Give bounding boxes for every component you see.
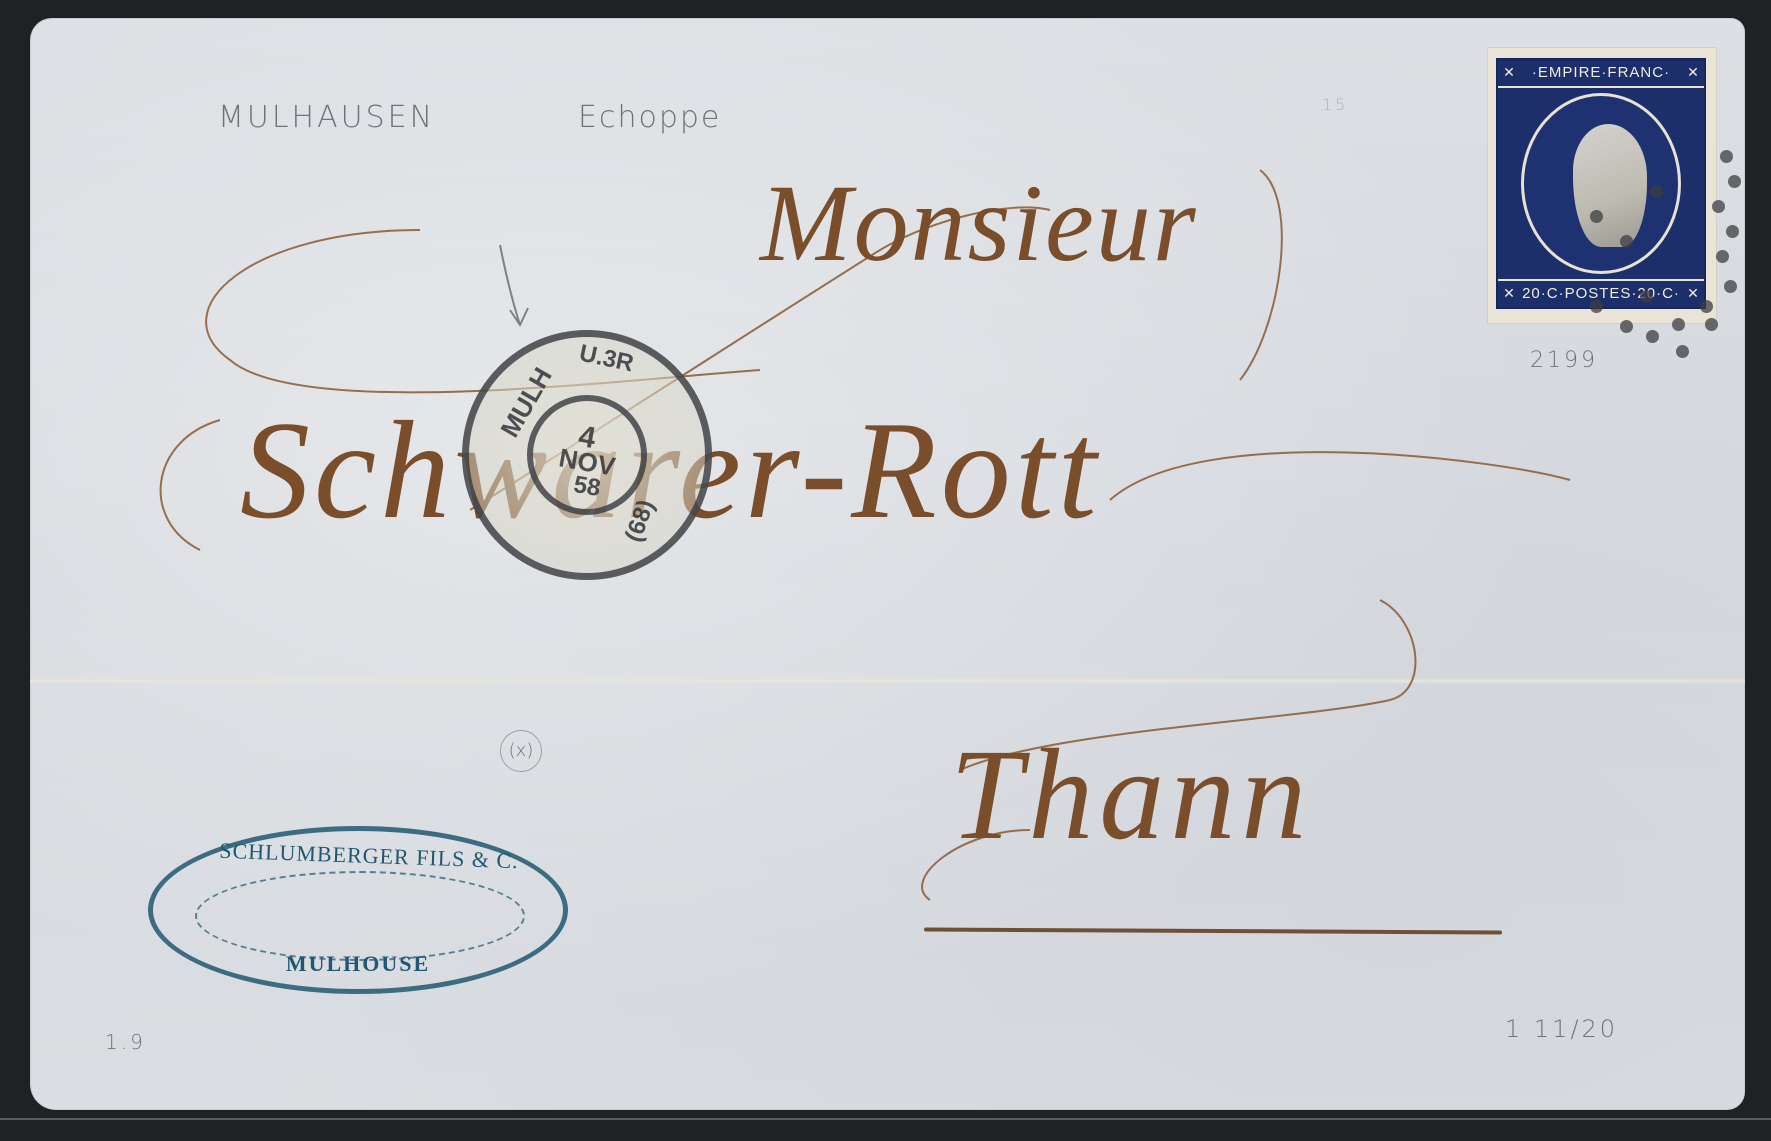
cachet-inner-ring (195, 871, 525, 961)
stamp-corner-icon: ✕ (1498, 62, 1520, 84)
fold-line (30, 678, 1745, 684)
address-salutation: Monsieur (760, 160, 1198, 287)
stamp-corner-icon: ✕ (1682, 62, 1704, 84)
stamp-top-text: ·EMPIRE·FRANC· (1498, 60, 1704, 88)
mount-edge-line (0, 1118, 1771, 1120)
pencil-small-note: 15 (1322, 95, 1348, 114)
pencil-reference: 1 11/20 (1505, 1015, 1618, 1043)
postmark-code: U.3R (577, 340, 636, 379)
postage-stamp: ·EMPIRE·FRANC· 20·C·POSTES·20·C· ✕ ✕ ✕ ✕ (1488, 48, 1716, 323)
pencil-catalog-number: 2199 (1530, 348, 1598, 373)
pencil-origin-city: MULHAUSEN (218, 100, 435, 135)
stamp-medallion (1524, 96, 1678, 271)
postmark-inner-ring: 4 NOV 58 (527, 395, 647, 515)
stamp-frame: ·EMPIRE·FRANC· 20·C·POSTES·20·C· ✕ ✕ ✕ ✕ (1496, 58, 1706, 309)
stamp-corner-icon: ✕ (1498, 283, 1520, 305)
sender-cachet: SCHLUMBERGER FILS & C. MULHOUSE (148, 826, 568, 994)
cachet-city: MULHOUSE (153, 951, 563, 977)
pencil-bottom-note: 1.9 (105, 1030, 146, 1054)
pencil-circled-mark: (x) (500, 730, 542, 772)
address-city: Thann (950, 720, 1312, 870)
pencil-cancel-note: Echoppe (578, 100, 721, 135)
napoleon-profile-icon (1573, 124, 1647, 247)
circular-datestamp: MULH U.3R 4 NOV 58 (68) (462, 330, 712, 580)
